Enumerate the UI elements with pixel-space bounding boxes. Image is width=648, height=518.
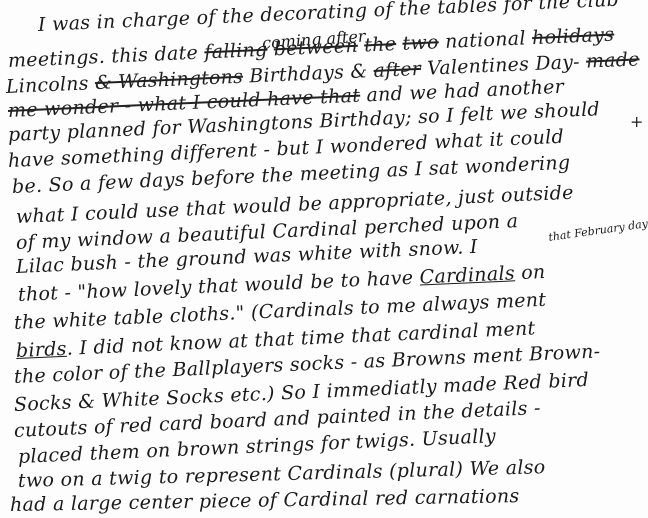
struck-text: the bbox=[364, 33, 397, 56]
struck-text: made bbox=[586, 48, 640, 72]
underlined-text: Cardinals bbox=[419, 262, 515, 288]
insertion-that-february-day: that February day bbox=[548, 217, 648, 244]
underlined-text: birds bbox=[16, 338, 68, 362]
struck-text: two bbox=[402, 31, 439, 55]
insertion-plus-mark: + bbox=[630, 112, 643, 131]
manuscript-page: I was in charge of the decorating of the… bbox=[0, 0, 648, 518]
struck-text: holidays bbox=[532, 24, 615, 50]
struck-text: between bbox=[273, 35, 358, 61]
struck-text: falling bbox=[204, 39, 268, 64]
struck-text: after bbox=[373, 58, 421, 82]
